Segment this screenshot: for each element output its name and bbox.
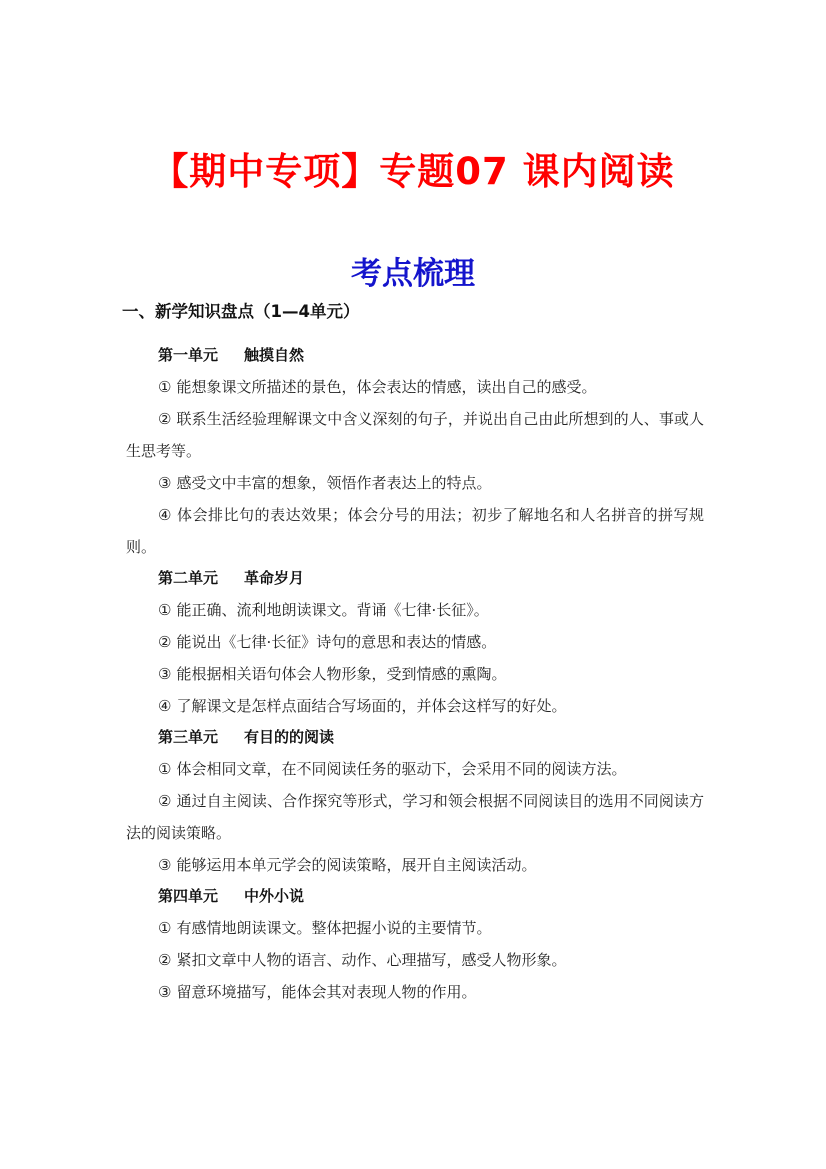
unit-block: 第四单元中外小说 ①有感情地朗读课文。整体把握小说的主要情节。 ②紧扣文章中人物…: [126, 881, 704, 1008]
item-text: 能想象课文所描述的景色，体会表达的情感，读出自己的感受。: [176, 378, 596, 396]
item-number: ①: [158, 378, 171, 396]
item-number: ③: [158, 474, 171, 492]
item-text: 体会相同文章，在不同阅读任务的驱动下，会采用不同的阅读方法。: [176, 760, 626, 778]
unit-heading: 第四单元中外小说: [126, 881, 704, 912]
document-body: 一、新学知识盘点（1—4单元） 第一单元触摸自然 ①能想象课文所描述的景色，体会…: [126, 296, 704, 1008]
item-text: 能根据相关语句体会人物形象，受到情感的熏陶。: [176, 665, 506, 683]
unit-block: 第二单元革命岁月 ①能正确、流利地朗读课文。背诵《七律·长征》。 ②能说出《七律…: [126, 563, 704, 722]
section-heading: 一、新学知识盘点（1—4单元）: [122, 296, 704, 328]
item-text: 联系生活经验理解课文中含义深刻的句子，并说出自己由此所想到的人、事或人生思考等。: [126, 410, 704, 460]
item-number: ④: [158, 506, 172, 524]
item-text: 紧扣文章中人物的语言、动作、心理描写，感受人物形象。: [176, 951, 566, 969]
list-item: ②通过自主阅读、合作探究等形式，学习和领会根据不同阅读目的选用不同阅读方法的阅读…: [126, 785, 704, 849]
item-text: 能正确、流利地朗读课文。背诵《七律·长征》。: [176, 601, 488, 619]
item-text: 能说出《七律·长征》诗句的意思和表达的情感。: [176, 633, 496, 651]
page-title: 【期中专项】专题07 课内阅读: [0, 147, 826, 197]
unit-name: 第一单元: [158, 346, 218, 364]
list-item: ③能根据相关语句体会人物形象，受到情感的熏陶。: [126, 658, 704, 690]
item-text: 感受文中丰富的想象，领悟作者表达上的特点。: [176, 474, 491, 492]
item-number: ③: [158, 856, 171, 874]
list-item: ②紧扣文章中人物的语言、动作、心理描写，感受人物形象。: [126, 944, 704, 976]
item-text: 通过自主阅读、合作探究等形式，学习和领会根据不同阅读目的选用不同阅读方法的阅读策…: [126, 792, 704, 842]
unit-heading: 第一单元触摸自然: [126, 340, 704, 371]
item-text: 体会排比句的表达效果；体会分号的用法；初步了解地名和人名拼音的拼写规则。: [126, 506, 704, 556]
unit-name: 第二单元: [158, 569, 218, 587]
item-number: ②: [158, 633, 171, 651]
unit-theme: 革命岁月: [244, 569, 304, 587]
list-item: ④体会排比句的表达效果；体会分号的用法；初步了解地名和人名拼音的拼写规则。: [126, 499, 704, 563]
unit-heading: 第三单元有目的的阅读: [126, 722, 704, 753]
item-text: 能够运用本单元学会的阅读策略，展开自主阅读活动。: [176, 856, 536, 874]
item-text: 了解课文是怎样点面结合写场面的，并体会这样写的好处。: [176, 697, 566, 715]
list-item: ①能正确、流利地朗读课文。背诵《七律·长征》。: [126, 594, 704, 626]
section-subtitle: 考点梳理: [0, 252, 826, 296]
item-text: 有感情地朗读课文。整体把握小说的主要情节。: [176, 919, 491, 937]
item-text: 留意环境描写，能体会其对表现人物的作用。: [176, 983, 476, 1001]
unit-name: 第四单元: [158, 887, 218, 905]
list-item: ②能说出《七律·长征》诗句的意思和表达的情感。: [126, 626, 704, 658]
item-number: ①: [158, 601, 171, 619]
list-item: ③能够运用本单元学会的阅读策略，展开自主阅读活动。: [126, 849, 704, 881]
unit-theme: 触摸自然: [244, 346, 304, 364]
list-item: ①有感情地朗读课文。整体把握小说的主要情节。: [126, 912, 704, 944]
item-number: ③: [158, 983, 171, 1001]
list-item: ③感受文中丰富的想象，领悟作者表达上的特点。: [126, 467, 704, 499]
unit-block: 第三单元有目的的阅读 ①体会相同文章，在不同阅读任务的驱动下，会采用不同的阅读方…: [126, 722, 704, 881]
item-number: ①: [158, 919, 171, 937]
list-item: ②联系生活经验理解课文中含义深刻的句子，并说出自己由此所想到的人、事或人生思考等…: [126, 403, 704, 467]
item-number: ②: [158, 410, 172, 428]
unit-theme: 有目的的阅读: [244, 728, 334, 746]
list-item: ④了解课文是怎样点面结合写场面的，并体会这样写的好处。: [126, 690, 704, 722]
unit-name: 第三单元: [158, 728, 218, 746]
item-number: ①: [158, 760, 171, 778]
item-number: ②: [158, 792, 172, 810]
item-number: ②: [158, 951, 171, 969]
list-item: ③留意环境描写，能体会其对表现人物的作用。: [126, 976, 704, 1008]
item-number: ④: [158, 697, 171, 715]
list-item: ①体会相同文章，在不同阅读任务的驱动下，会采用不同的阅读方法。: [126, 753, 704, 785]
unit-heading: 第二单元革命岁月: [126, 563, 704, 594]
unit-theme: 中外小说: [244, 887, 304, 905]
list-item: ①能想象课文所描述的景色，体会表达的情感，读出自己的感受。: [126, 371, 704, 403]
item-number: ③: [158, 665, 171, 683]
unit-block: 第一单元触摸自然 ①能想象课文所描述的景色，体会表达的情感，读出自己的感受。 ②…: [126, 340, 704, 563]
